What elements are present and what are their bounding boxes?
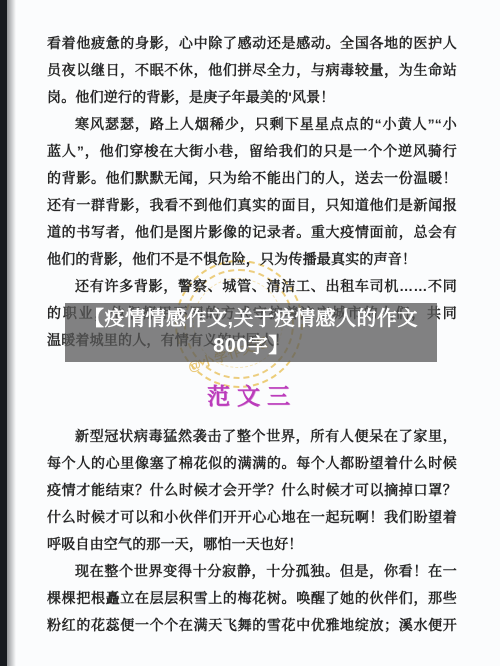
overlay-title-line2: 800字】 [65, 333, 437, 360]
page-left-edge [0, 0, 7, 666]
text-line: 现在整个世界变得十分寂静，十分孤独。但是，你看！在一 [47, 558, 457, 585]
text-line: 蓝人”，他们穿梭在大街小巷，留给我们的只是一个个逆风骑行 [47, 138, 457, 165]
text-line: 寒风瑟瑟，路上人烟稀少，只剩下星星点点的“小黄人”“小 [47, 111, 457, 138]
overlay-title-line1: 【疫情情感作文,关于疫情感人的作文 [65, 306, 437, 333]
paragraph: 现在整个世界变得十分寂静，十分孤独。但是，你看！在一棵棵把根矗立在层层积雪上的梅… [47, 558, 457, 639]
text-line: 道的书写者，他们是图片影像的记录者。重大疫情面前，总会有 [47, 219, 457, 246]
section-heading: 范文三 [47, 384, 457, 408]
document-page: @小学作文吧 看着他疲惫的身影，心中除了感动还是感动。全国各地的医护人员夜以继日… [0, 0, 500, 666]
text-line: 还有一群背影，我看不到他们真实的面目，只知道他们是新闻报 [47, 192, 457, 219]
text-line: 岗。他们逆行的背影，是庚子年最美的'风景！ [47, 84, 457, 111]
text-line: 每个人的心里像塞了棉花似的满满的。每个人都盼望着什么时候 [47, 450, 457, 477]
paragraph: 寒风瑟瑟，路上人烟稀少，只剩下星星点点的“小黄人”“小蓝人”，他们穿梭在大街小巷… [47, 111, 457, 273]
paragraph: 新型冠状病毒猛然袭击了整个世界，所有人便呆在了家里，每个人的心里像塞了棉花似的满… [47, 423, 457, 558]
text-line: 看着他疲惫的身影，心中除了感动还是感动。全国各地的医护人 [47, 30, 457, 57]
text-line: 员夜以继日，不眠不休，他们拼尽全力，与病毒较量，为生命站 [47, 57, 457, 84]
text-line: 的背影。他们默默无闻，只为给不能出门的人，送去一份温暖！ [47, 165, 457, 192]
text-line: 棵棵把根矗立在层层积雪上的梅花树。唤醒了她的伙伴们，那些 [47, 585, 457, 612]
text-line: 他们的背影，他们不是不惧危险，只为传播最真实的声音！ [47, 246, 457, 273]
title-watermark-overlay: 【疫情情感作文,关于疫情感人的作文 800字】 [65, 303, 437, 362]
text-line: 什么时候才可以和小伙伴们开开心心地在一起玩啊！我们盼望着 [47, 504, 457, 531]
paragraph: 看着他疲惫的身影，心中除了感动还是感动。全国各地的医护人员夜以继日，不眠不休，他… [47, 30, 457, 111]
text-line: 还有许多背影，警察、城管、清洁工、出租车司机……不同 [47, 273, 457, 300]
text-line: 新型冠状病毒猛然袭击了整个世界，所有人便呆在了家里， [47, 423, 457, 450]
text-line: 疫情才能结束？什么时候才会开学？什么时候才可以摘掉口罩？ [47, 477, 457, 504]
text-line: 粉红的花蕊便一个个在满天飞舞的雪花中优雅地绽放；溪水便开 [47, 612, 457, 639]
page-left-edge-shadow [7, 0, 16, 666]
text-line: 呼吸自由空气的那一天，哪怕一天也好！ [47, 531, 457, 558]
